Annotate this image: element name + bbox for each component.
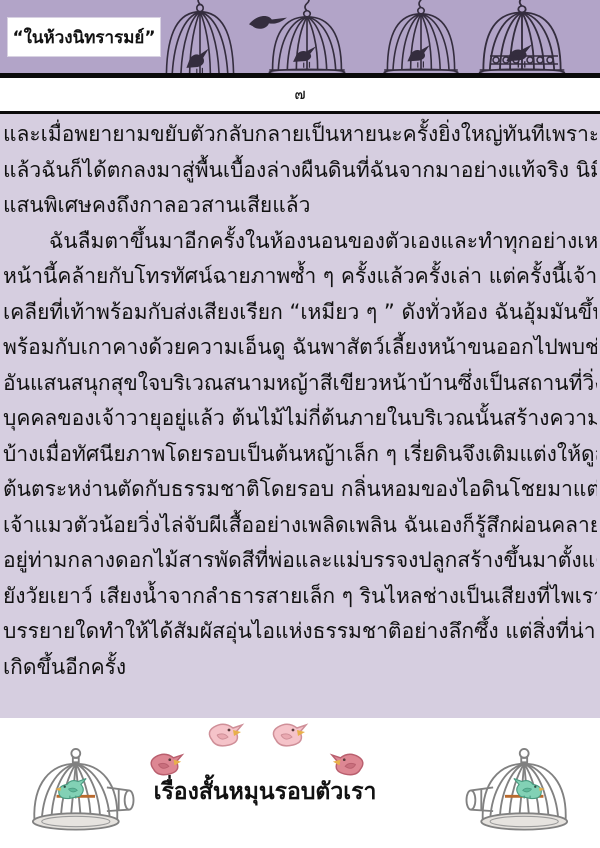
- birdcage-icon: [269, 0, 344, 73]
- birdcage-icon: [466, 749, 567, 830]
- text-line: อันแสนสนุกสุขใจบริเวณสนามหญ้าสีเขียวหน้า…: [3, 366, 597, 402]
- text-line: แล้วฉันก็ได้ตกลงมาสู่พื้นเบื้องล่างผืนดิ…: [3, 153, 597, 189]
- pink-bird-icon: [273, 724, 306, 746]
- text-line: เคลียที่เท้าพร้อมกับส่งเสียงเรียก “เหมีย…: [3, 295, 597, 331]
- header-band: “ในห้วงนิทรารมย์”: [0, 0, 600, 73]
- text-line: ยังวัยเยาว์ เสียงน้ำจากลำธารสายเล็ก ๆ ริ…: [3, 579, 597, 615]
- pink-bird-icon: [151, 754, 182, 775]
- text-line: บรรยายใดทำให้ได้สัมผัสอุ่นไอแห่งธรรมชาติ…: [3, 614, 597, 650]
- story-title: “ในห้วงนิทรารมย์”: [12, 24, 155, 51]
- birdcage-icon: [384, 0, 458, 73]
- pink-bird-icon: [332, 754, 363, 775]
- story-body: และเมื่อพยายามขยับตัวกลับกลายเป็นหายนะคร…: [0, 114, 600, 718]
- text-line: บ้างเมื่อทัศนียภาพโดยรอบเป็นต้นหญ้าเล็ก …: [3, 437, 597, 473]
- page-number-bar: ๗: [0, 73, 600, 114]
- footer-band: เรื่องสั้นหมุนรอบตัวเรา: [0, 718, 600, 848]
- text-line: บุคคลของเจ้าวายุอยู่แล้ว ต้นไม้ไม่กี่ต้น…: [3, 401, 597, 437]
- text-line: ต้นตระหง่านตัดกับธรรมชาติโดยรอบ กลิ่นหอม…: [3, 472, 597, 508]
- text-line: เจ้าแมวตัวน้อยวิ่งไล่จับผีเสื้ออย่างเพลิ…: [3, 508, 597, 544]
- text-line: หน้านี้คล้ายกับโทรทัศน์ฉายภาพซ้ำ ๆ ครั้ง…: [3, 259, 597, 295]
- text-line: พร้อมกับเกาคางด้วยความเอ็นดู ฉันพาสัตว์เ…: [3, 330, 597, 366]
- story-title-box: “ในห้วงนิทรารมย์”: [8, 18, 160, 56]
- text-line: เกิดขึ้นอีกครั้ง: [3, 650, 597, 686]
- text-line: ฉันลืมตาขึ้นมาอีกครั้งในห้องนอนของตัวเอง…: [3, 224, 597, 260]
- birdcage-icon: [163, 0, 237, 73]
- text-line: อยู่ท่ามกลางดอกไม้สารพัดสีที่พ่อและแม่บร…: [3, 543, 597, 579]
- document-page: “ในห้วงนิทรารมย์” ๗ และเมื่อพยายามขยับตั…: [0, 0, 600, 848]
- text-block: และเมื่อพยายามขยับตัวกลับกลายเป็นหายนะคร…: [3, 117, 597, 685]
- birdcage-icon: [480, 0, 565, 73]
- text-line: และเมื่อพยายามขยับตัวกลับกลายเป็นหายนะคร…: [3, 117, 597, 153]
- flying-bird-icon: [249, 16, 287, 29]
- page-number: ๗: [0, 78, 600, 111]
- pink-bird-icon: [209, 724, 242, 746]
- series-title: เรื่องสั้นหมุนรอบตัวเรา: [95, 774, 435, 810]
- text-line: แสนพิเศษคงถึงกาลอวสานเสียแล้ว: [3, 188, 597, 224]
